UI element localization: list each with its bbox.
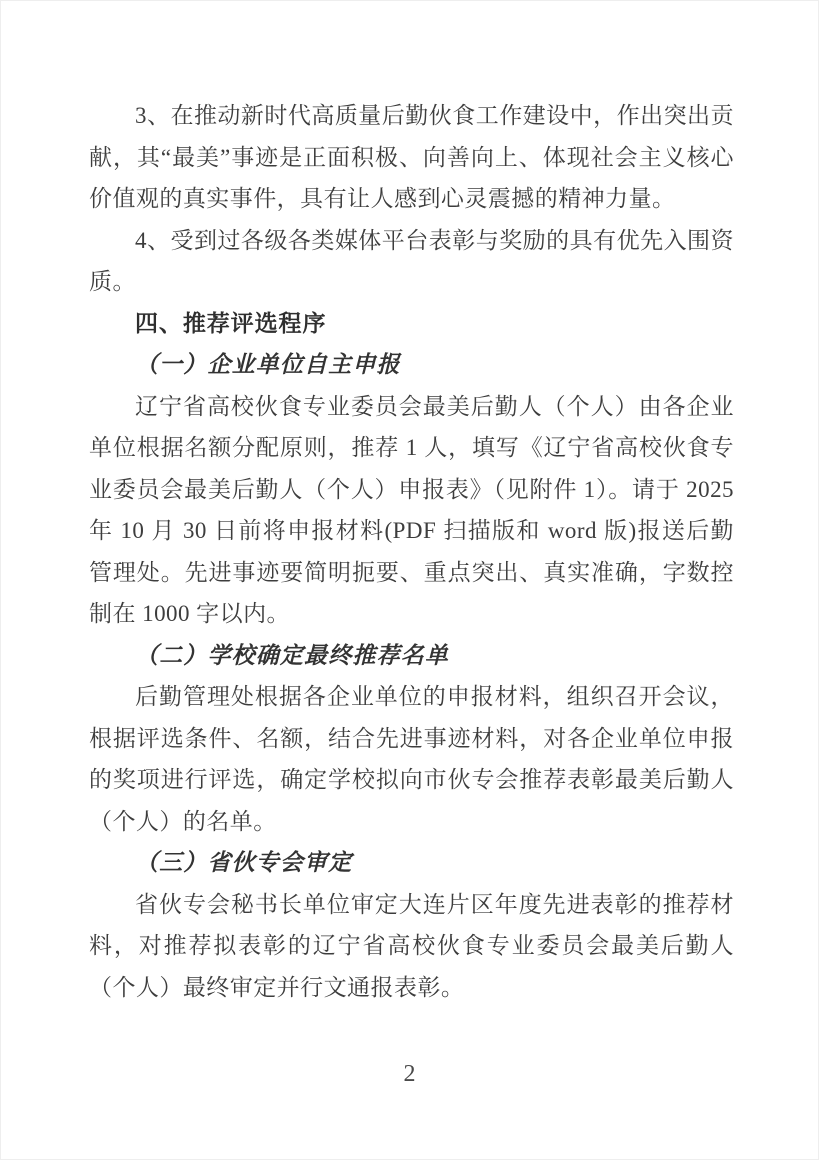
body-paragraph: 4、受到过各级各类媒体平台表彰与奖励的具有优先入围资质。: [89, 220, 734, 303]
subsection-heading: （二）学校确定最终推荐名单: [89, 635, 734, 677]
body-paragraph: 辽宁省高校伙食专业委员会最美后勤人（个人）由各企业单位根据名额分配原则，推荐 1…: [89, 386, 734, 635]
page-footer: 2: [1, 1059, 818, 1089]
page-number: 2: [404, 1061, 416, 1087]
body-paragraph: 3、在推动新时代高质量后勤伙食工作建设中，作出突出贡献，其“最美”事迹是正面积极…: [89, 95, 734, 220]
subsection-heading: （三）省伙专会审定: [89, 842, 734, 884]
section-heading: 四、推荐评选程序: [89, 303, 734, 345]
subsection-heading: （一）企业单位自主申报: [89, 344, 734, 386]
body-paragraph: 后勤管理处根据各企业单位的申报材料，组织召开会议，根据评选条件、名额，结合先进事…: [89, 676, 734, 842]
body-paragraph: 省伙专会秘书长单位审定大连片区年度先进表彰的推荐材料，对推荐拟表彰的辽宁省高校伙…: [89, 884, 734, 1009]
document-body: 3、在推动新时代高质量后勤伙食工作建设中，作出突出贡献，其“最美”事迹是正面积极…: [89, 95, 734, 1008]
document-page: 3、在推动新时代高质量后勤伙食工作建设中，作出突出贡献，其“最美”事迹是正面积极…: [0, 0, 819, 1160]
